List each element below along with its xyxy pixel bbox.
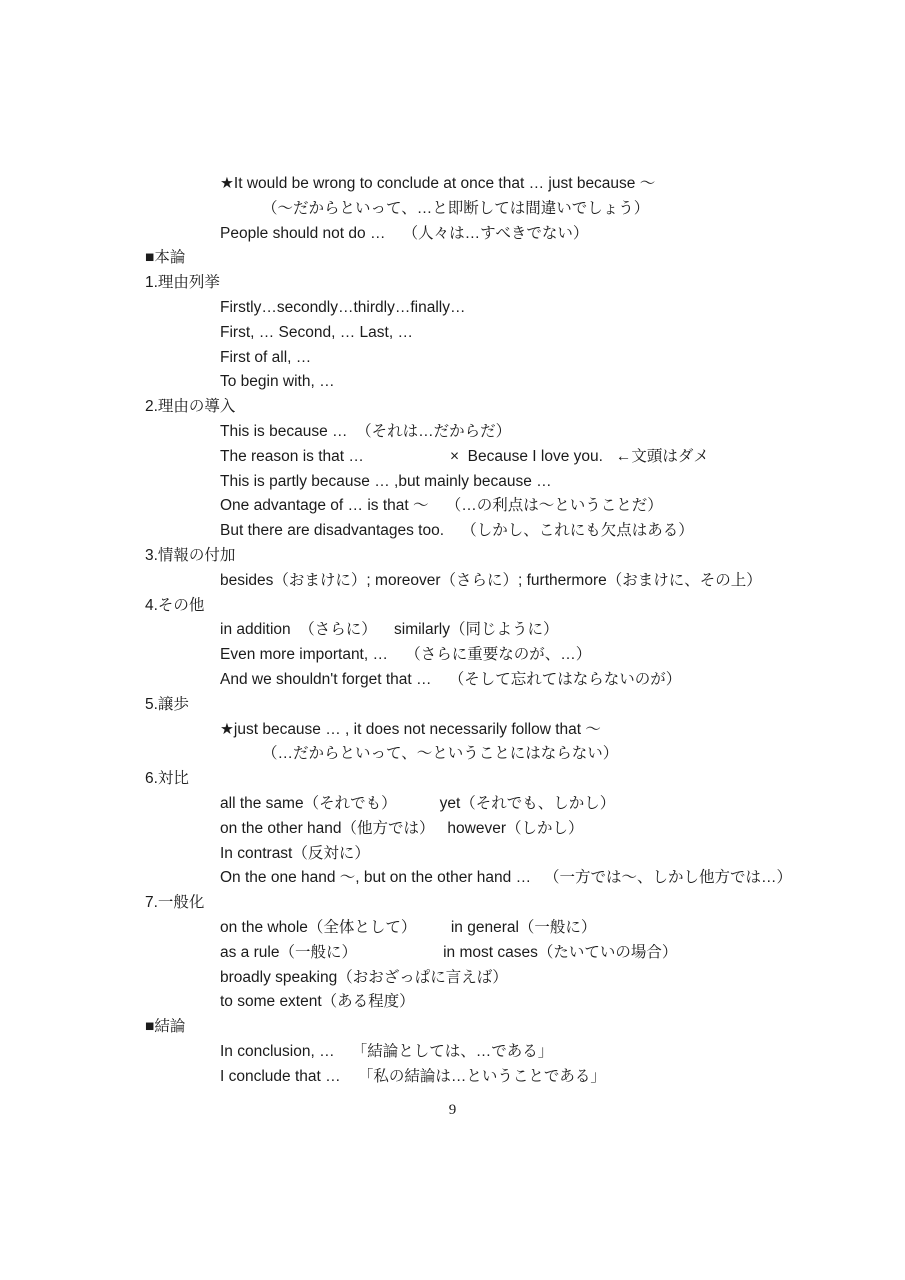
- text-line: （～だからといって、…と即断しては間違いでしょう）: [262, 197, 905, 222]
- section-heading: 1.理由列挙: [145, 271, 905, 296]
- text-line: besides（おまけに）; moreover（さらに）; furthermor…: [220, 569, 905, 594]
- page-number: 9: [0, 1098, 905, 1123]
- text-line: （…だからといって、～ということにはならない）: [262, 742, 905, 767]
- text-line: on the whole（全体として） in general（一般に）: [220, 916, 905, 941]
- text-line: This is because … （それは…だからだ）: [220, 420, 905, 445]
- text-line: People should not do … （人々は…すべきでない）: [220, 222, 905, 247]
- text-line: To begin with, …: [220, 370, 905, 395]
- text-line: to some extent（ある程度）: [220, 990, 905, 1015]
- section-heading: 3.情報の付加: [145, 544, 905, 569]
- text-line: as a rule（一般に） in most cases（たいていの場合）: [220, 941, 905, 966]
- text-line: ★It would be wrong to conclude at once t…: [220, 172, 905, 197]
- document-page: ★It would be wrong to conclude at once t…: [0, 0, 905, 1280]
- text-line: First of all, …: [220, 346, 905, 371]
- text-line: all the same（それでも） yet（それでも、しかし）: [220, 792, 905, 817]
- text-line: On the one hand ～, but on the other hand…: [220, 866, 905, 891]
- text-line: One advantage of … is that ～ （…の利点は～というこ…: [220, 494, 905, 519]
- text-line: The reason is that … × Because I love yo…: [220, 445, 905, 470]
- text-line: In contrast（反対に）: [220, 842, 905, 867]
- section-heading: ■結論: [145, 1015, 905, 1040]
- text-line: First, … Second, … Last, …: [220, 321, 905, 346]
- text-line: But there are disadvantages too. （しかし、これ…: [220, 519, 905, 544]
- section-heading: ■本論: [145, 246, 905, 271]
- section-heading: 4.その他: [145, 594, 905, 619]
- section-heading: 2.理由の導入: [145, 395, 905, 420]
- text-line: I conclude that … 「私の結論は…ということである」: [220, 1065, 905, 1090]
- text-line: broadly speaking（おおざっぱに言えば）: [220, 966, 905, 991]
- section-heading: 5.譲歩: [145, 693, 905, 718]
- text-line: ★just because … , it does not necessaril…: [220, 718, 905, 743]
- text-line: on the other hand（他方では） however（しかし）: [220, 817, 905, 842]
- text-line: In conclusion, … 「結論としては、…である」: [220, 1040, 905, 1065]
- document-body: ★It would be wrong to conclude at once t…: [0, 172, 905, 1089]
- text-line: This is partly because … ,but mainly bec…: [220, 470, 905, 495]
- text-line: Firstly…secondly…thirdly…finally…: [220, 296, 905, 321]
- text-line: And we shouldn't forget that … （そして忘れてはな…: [220, 668, 905, 693]
- section-heading: 7.一般化: [145, 891, 905, 916]
- text-line: Even more important, … （さらに重要なのが、…）: [220, 643, 905, 668]
- section-heading: 6.対比: [145, 767, 905, 792]
- text-line: in addition （さらに） similarly（同じように）: [220, 618, 905, 643]
